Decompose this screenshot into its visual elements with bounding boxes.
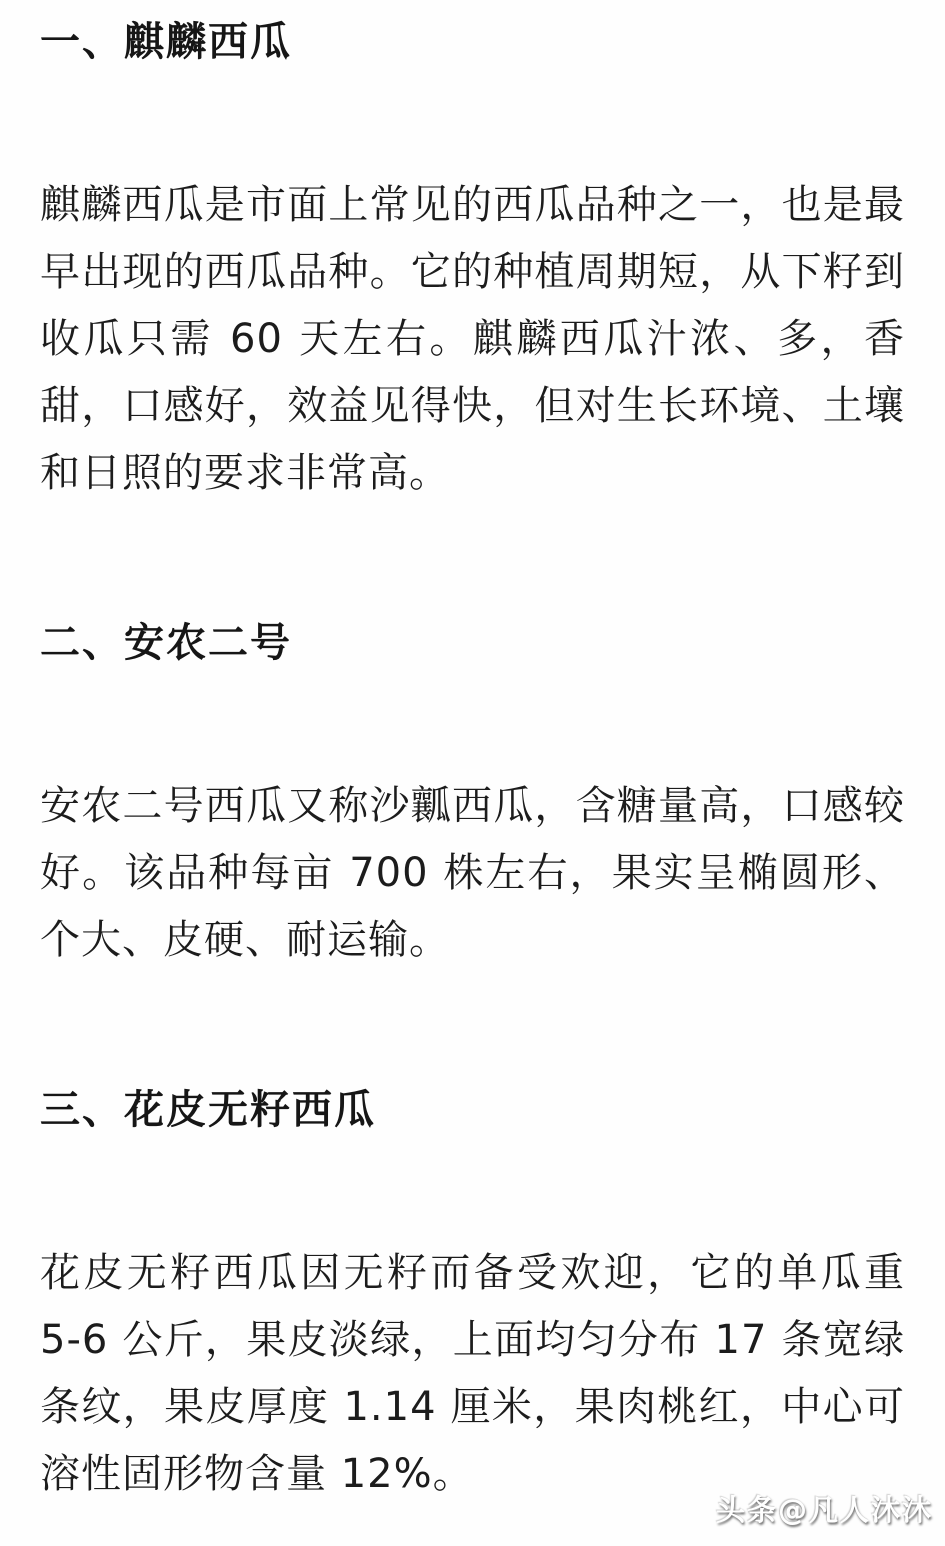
section-heading: 二、安农二号 [40,619,905,667]
article-page: 一、麒麟西瓜 麒麟西瓜是市面上常见的西瓜品种之一，也是最早出现的西瓜品种。它的种… [0,0,945,1546]
section-paragraph: 安农二号西瓜又称沙瓤西瓜，含糖量高，口感较好。该品种每亩 700 株左右，果实呈… [40,773,905,974]
section-paragraph: 麒麟西瓜是市面上常见的西瓜品种之一，也是最早出现的西瓜品种。它的种植周期短，从下… [40,172,905,507]
section-heading: 三、花皮无籽西瓜 [40,1086,905,1134]
section-striped-seedless-watermelon: 三、花皮无籽西瓜 花皮无籽西瓜因无籽而备受欢迎，它的单瓜重 5-6 公斤，果皮淡… [40,1086,905,1508]
section-annong-no2: 二、安农二号 安农二号西瓜又称沙瓤西瓜，含糖量高，口感较好。该品种每亩 700 … [40,619,905,974]
section-paragraph: 花皮无籽西瓜因无籽而备受欢迎，它的单瓜重 5-6 公斤，果皮淡绿，上面均匀分布 … [40,1240,905,1508]
toutiao-author-watermark: 头条@凡人沐沐 [716,1492,933,1528]
section-qilin-watermelon: 一、麒麟西瓜 麒麟西瓜是市面上常见的西瓜品种之一，也是最早出现的西瓜品种。它的种… [40,18,905,507]
section-heading: 一、麒麟西瓜 [40,18,905,66]
